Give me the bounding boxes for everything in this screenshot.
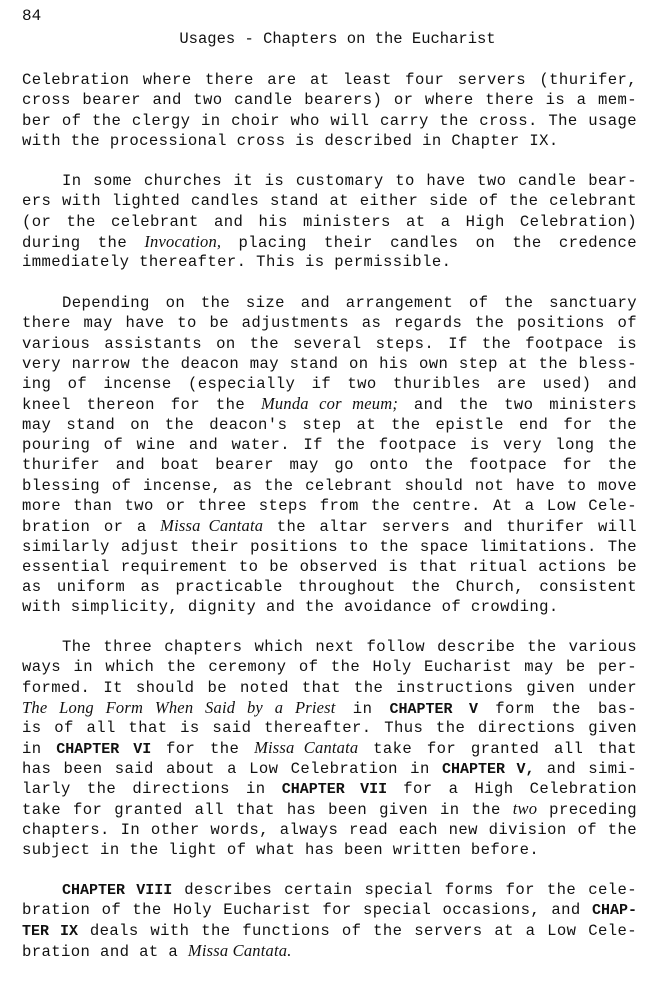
text-line: more than two or three steps from the ce… <box>22 496 637 516</box>
text-run: for a High Celebration <box>387 780 637 798</box>
text-run: with the processional cross is described… <box>22 132 559 150</box>
text-line: there may have to be adjustments as rega… <box>22 313 637 333</box>
page-number: 84 <box>22 7 41 25</box>
text-line: thurifer and boat bearer may go onto the… <box>22 455 637 475</box>
italic-text: Munda cor meum; <box>261 394 398 413</box>
text-run: very narrow the deacon may stand on his … <box>22 355 637 373</box>
italic-text: Missa Cantata <box>254 738 358 757</box>
text-run: preceding <box>537 801 637 819</box>
text-run: Celebration where there are at least fou… <box>22 71 637 89</box>
text-line: Celebration where there are at least fou… <box>22 70 637 90</box>
book-page: 84 Usages - Chapters on the Eucharist Ce… <box>0 0 649 985</box>
text-run: formed. It should be noted that the inst… <box>22 679 637 697</box>
paragraph-5: CHAPTER VIII describes certain special f… <box>22 880 637 961</box>
text-line: CHAPTER VIII describes certain special f… <box>22 880 637 900</box>
text-line: as uniform as practicable throughout the… <box>22 577 637 597</box>
text-run: kneel thereon for the <box>22 396 261 414</box>
text-run: cross bearer and two candle bearers) or … <box>22 91 637 109</box>
text-run: bration or a <box>22 518 160 536</box>
text-line: may stand on the deacon's step at the ep… <box>22 415 637 435</box>
text-line: similarly adjust their positions to the … <box>22 537 637 557</box>
chapter-reference: CHAPTER V <box>390 701 478 718</box>
text-run: may stand on the deacon's step at the ep… <box>22 416 637 434</box>
text-run: thurifer and boat bearer may go onto the… <box>22 456 637 474</box>
italic-text: Missa Cantata <box>160 516 263 535</box>
text-run: blessing of incense, as the celebrant sh… <box>22 477 637 495</box>
text-line: ways in which the ceremony of the Holy E… <box>22 657 637 677</box>
text-run: take for granted all that has been given… <box>22 801 513 819</box>
text-run: for the <box>151 740 254 758</box>
text-line: in CHAPTER VI for the Missa Cantata take… <box>22 738 637 758</box>
chapter-reference: CHAPTER V, <box>442 761 535 778</box>
text-line: is of all that is said thereafter. Thus … <box>22 718 637 738</box>
text-line: bration and at a Missa Cantata. <box>22 941 637 961</box>
text-run: is of all that is said thereafter. Thus … <box>22 719 637 737</box>
text-run: and simi- <box>534 760 637 778</box>
text-line: take for granted all that has been given… <box>22 799 637 819</box>
text-run: chapters. In other words, always read ea… <box>22 821 637 839</box>
chapter-reference: CHAPTER VI <box>56 741 151 758</box>
text-run: Depending on the size and arrangement of… <box>62 294 637 312</box>
text-line: bration of the Holy Eucharist for specia… <box>22 900 637 920</box>
text-run: has been said about a Low Celebration in <box>22 760 442 778</box>
text-line: The three chapters which next follow des… <box>22 637 637 657</box>
text-run: larly the directions in <box>22 780 282 798</box>
text-line: Depending on the size and arrangement of… <box>22 293 637 313</box>
text-line: during the Invocation, placing their can… <box>22 232 637 252</box>
text-run: ing of incense (especially if two thurib… <box>22 375 637 393</box>
text-run: subject in the light of what has been wr… <box>22 841 539 859</box>
text-line: essential requirement to be observed is … <box>22 557 637 577</box>
italic-text: Missa Cantata. <box>188 941 292 960</box>
text-run: In some churches it is customary to have… <box>62 172 637 190</box>
text-run: The three chapters which next follow des… <box>62 638 637 656</box>
text-line: ing of incense (especially if two thurib… <box>22 374 637 394</box>
text-run: in <box>22 740 56 758</box>
paragraph-4: The three chapters which next follow des… <box>22 637 637 860</box>
text-line: subject in the light of what has been wr… <box>22 840 637 860</box>
text-run: ber of the clergy in choir who will carr… <box>22 112 637 130</box>
chapter-reference: CHAPTER VII <box>282 781 387 798</box>
text-run: during the <box>22 234 144 252</box>
text-line: (or the celebrant and his ministers at a… <box>22 212 637 232</box>
text-run: essential requirement to be observed is … <box>22 558 637 576</box>
italic-text: two <box>513 799 537 818</box>
chapter-reference: TER IX <box>22 923 78 940</box>
text-line: cross bearer and two candle bearers) or … <box>22 90 637 110</box>
italic-text: Invocation, <box>144 232 221 251</box>
text-run: deals with the functions of the servers … <box>78 922 637 940</box>
text-line: with simplicity, dignity and the avoidan… <box>22 597 637 617</box>
text-run: similarly adjust their positions to the … <box>22 538 637 556</box>
italic-text: The Long Form When Said by a Priest <box>22 698 336 717</box>
text-line: immediately thereafter. This is permissi… <box>22 252 637 272</box>
text-line: blessing of incense, as the celebrant sh… <box>22 476 637 496</box>
text-line: ber of the clergy in choir who will carr… <box>22 111 637 131</box>
text-line: The Long Form When Said by a Priest in C… <box>22 698 637 718</box>
text-run: as uniform as practicable throughout the… <box>22 578 637 596</box>
text-run: form the bas- <box>478 700 637 718</box>
text-run: (or the celebrant and his ministers at a… <box>22 213 637 231</box>
text-run: placing their candles on the credence <box>221 234 637 252</box>
text-line: In some churches it is customary to have… <box>22 171 637 191</box>
text-line: various assistants on the several steps.… <box>22 334 637 354</box>
text-line: very narrow the deacon may stand on his … <box>22 354 637 374</box>
text-line: pouring of wine and water. If the footpa… <box>22 435 637 455</box>
paragraph-1: Celebration where there are at least fou… <box>22 70 637 151</box>
text-line: larly the directions in CHAPTER VII for … <box>22 779 637 799</box>
text-run: take for granted all that <box>358 740 637 758</box>
text-run: more than two or three steps from the ce… <box>22 497 637 515</box>
text-line: ers with lighted candles stand at either… <box>22 191 637 211</box>
text-run: there may have to be adjustments as rega… <box>22 314 637 332</box>
text-run: immediately thereafter. This is permissi… <box>22 253 451 271</box>
text-line: formed. It should be noted that the inst… <box>22 678 637 698</box>
text-run: with simplicity, dignity and the avoidan… <box>22 598 559 616</box>
text-run: bration and at a <box>22 943 188 961</box>
text-run: in <box>336 700 390 718</box>
text-run: ways in which the ceremony of the Holy E… <box>22 658 637 676</box>
text-run: describes certain special forms for the … <box>172 881 637 899</box>
text-line: TER IX deals with the functions of the s… <box>22 921 637 941</box>
text-run: and the two ministers <box>398 396 637 414</box>
chapter-reference: CHAPTER VIII <box>62 882 172 899</box>
text-line: has been said about a Low Celebration in… <box>22 759 637 779</box>
running-head: Usages - Chapters on the Eucharist <box>0 30 649 48</box>
text-line: kneel thereon for the Munda cor meum; an… <box>22 394 637 414</box>
text-run: various assistants on the several steps.… <box>22 335 637 353</box>
text-run: ers with lighted candles stand at either… <box>22 192 637 210</box>
paragraph-2: In some churches it is customary to have… <box>22 171 637 272</box>
chapter-reference: CHAP- <box>592 902 637 919</box>
text-line: with the processional cross is described… <box>22 131 637 151</box>
text-run: the altar servers and thurifer will <box>263 518 637 536</box>
text-run: pouring of wine and water. If the footpa… <box>22 436 637 454</box>
paragraph-3: Depending on the size and arrangement of… <box>22 293 637 618</box>
text-line: bration or a Missa Cantata the altar ser… <box>22 516 637 536</box>
text-line: chapters. In other words, always read ea… <box>22 820 637 840</box>
text-run: bration of the Holy Eucharist for specia… <box>22 901 592 919</box>
